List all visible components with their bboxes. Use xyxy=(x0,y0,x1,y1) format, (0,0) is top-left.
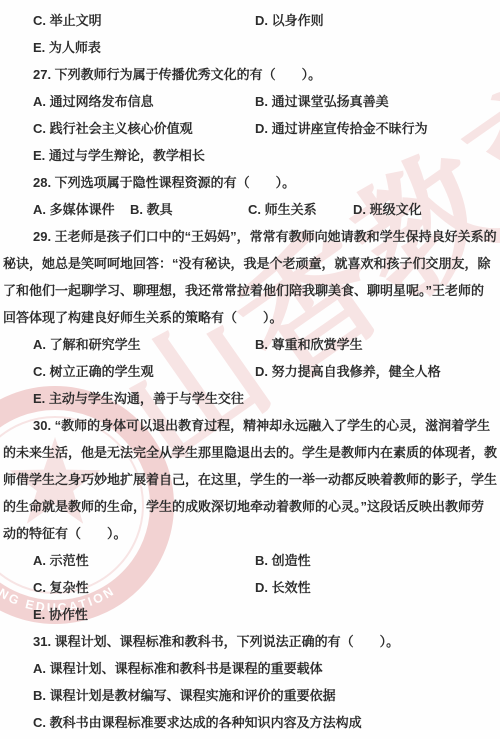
question-30-line-5: 动的特征有（ ）。 xyxy=(3,526,127,541)
question-30-text-line: 30. “教师的身体可以退出教育过程，精神却永远融入了学生的心灵，滋润着学生 xyxy=(0,412,500,439)
option-27-d: D. 通过讲座宣传拾金不昧行为 xyxy=(255,115,428,142)
question-30-text-line: 师借学生之身巧妙地扩展着自己，在这里，学生的一举一动都反映着教师的影子，学生 xyxy=(0,466,500,493)
question-29-text-line: 了和他们一起聊学习、聊理想，我还常常拉着他们陪我聊美食、聊明星呢。”王老师的 xyxy=(0,277,500,304)
option-30-e: E. 协作性 xyxy=(33,607,88,622)
question-30-text-line: 的未来生活，他是无法完全从学生那里隐退出去的。学生是教师内在素质的体现者，教 xyxy=(0,439,500,466)
question-29-line-3: 了和他们一起聊学习、聊理想，我还常常拉着他们陪我聊美食、聊明星呢。”王老师的 xyxy=(3,283,484,298)
option-26-d: D. 以身作则 xyxy=(255,7,324,34)
question-30-text-line: 动的特征有（ ）。 xyxy=(0,520,500,547)
option-row: C. 践行社会主义核心价值观 D. 通过讲座宣传拾金不昧行为 xyxy=(0,115,500,142)
option-row: C. 举止文明 D. 以身作则 xyxy=(0,7,500,34)
question-31-stem-row: 31. 课程计划、课程标准和教科书，下列说法正确的有（ ）。 xyxy=(0,628,500,655)
question-29-line-4: 回答体现了构建良好师生关系的策略有（ ）。 xyxy=(3,310,283,325)
option-30-a: A. 示范性 xyxy=(33,553,89,568)
option-29-a: A. 了解和研究学生 xyxy=(33,337,141,352)
option-27-e: E. 通过与学生辩论，教学相长 xyxy=(33,148,205,163)
option-30-b: B. 创造性 xyxy=(255,547,311,574)
exam-page: 山香教育 SHANXIANG EDUCATION C. 举止文明 D. 以身作则… xyxy=(0,0,500,739)
option-31-a: A. 课程计划、课程标准和教科书是课程的重要载体 xyxy=(33,661,323,676)
option-26-c: C. 举止文明 xyxy=(33,13,102,28)
question-28-stem: 28. 下列选项属于隐性课程资源的有（ ）。 xyxy=(33,175,295,190)
option-row: A. 示范性 B. 创造性 xyxy=(0,547,500,574)
question-29-text-line: 秘诀，她总是笑呵呵地回答：“没有秘诀，我是个老顽童，就喜欢和孩子们交朋友，除 xyxy=(0,250,500,277)
option-31-c: C. 教科书由课程标准要求达成的各种知识内容及方法构成 xyxy=(33,715,362,730)
question-28-stem-row: 28. 下列选项属于隐性课程资源的有（ ）。 xyxy=(0,169,500,196)
option-27-c: C. 践行社会主义核心价值观 xyxy=(33,121,193,136)
question-list: C. 举止文明 D. 以身作则 E. 为人师表 27. 下列教师行为属于传播优秀… xyxy=(0,0,500,736)
option-row: A. 通过网络发布信息 B. 通过课堂弘扬真善美 xyxy=(0,88,500,115)
question-29-line-2: 秘诀，她总是笑呵呵地回答：“没有秘诀，我是个老顽童，就喜欢和孩子们交朋友，除 xyxy=(3,256,491,271)
option-28-b: B. 教具 xyxy=(130,196,173,223)
option-row: E. 主动与学生沟通，善于与学生交往 xyxy=(0,385,500,412)
question-31-stem: 31. 课程计划、课程标准和教科书，下列说法正确的有（ ）。 xyxy=(33,634,399,649)
option-30-d: D. 长效性 xyxy=(255,574,311,601)
question-30-line-4: 的生命就是教师的生命，学生的成败深切地牵动着教师的心灵。”这段话反映出教师劳 xyxy=(3,499,484,514)
option-row: E. 协作性 xyxy=(0,601,500,628)
question-30-line-2: 的未来生活，他是无法完全从学生那里隐退出去的。学生是教师内在素质的体现者，教 xyxy=(3,445,497,460)
question-27-stem-row: 27. 下列教师行为属于传播优秀文化的有（ ）。 xyxy=(0,61,500,88)
option-row: C. 教科书由课程标准要求达成的各种知识内容及方法构成 xyxy=(0,709,500,736)
option-29-e: E. 主动与学生沟通，善于与学生交往 xyxy=(33,391,244,406)
option-row: C. 复杂性 D. 长效性 xyxy=(0,574,500,601)
option-row: A. 课程计划、课程标准和教科书是课程的重要载体 xyxy=(0,655,500,682)
option-row: E. 为人师表 xyxy=(0,34,500,61)
option-26-e: E. 为人师表 xyxy=(33,40,101,55)
option-row: C. 树立正确的学生观 D. 努力提高自我修养，健全人格 xyxy=(0,358,500,385)
option-31-b: B. 课程计划是教材编写、课程实施和评价的重要依据 xyxy=(33,688,336,703)
option-28-c: C. 师生关系 xyxy=(248,196,317,223)
option-29-d: D. 努力提高自我修养，健全人格 xyxy=(255,358,441,385)
option-29-c: C. 树立正确的学生观 xyxy=(33,364,154,379)
option-row: A. 多媒体课件 B. 教具 C. 师生关系 D. 班级文化 xyxy=(0,196,500,223)
option-row: B. 课程计划是教材编写、课程实施和评价的重要依据 xyxy=(0,682,500,709)
question-30-line-3: 师借学生之身巧妙地扩展着自己，在这里，学生的一举一动都反映着教师的影子，学生 xyxy=(3,472,497,487)
question-29-text-line: 回答体现了构建良好师生关系的策略有（ ）。 xyxy=(0,304,500,331)
option-28-a: A. 多媒体课件 xyxy=(33,202,115,217)
option-27-a: A. 通过网络发布信息 xyxy=(33,94,154,109)
option-row: A. 了解和研究学生 B. 尊重和欣赏学生 xyxy=(0,331,500,358)
question-27-stem: 27. 下列教师行为属于传播优秀文化的有（ ）。 xyxy=(33,67,321,82)
option-30-c: C. 复杂性 xyxy=(33,580,89,595)
option-27-b: B. 通过课堂弘扬真善美 xyxy=(255,88,389,115)
question-30-line-1: 30. “教师的身体可以退出教育过程，精神却永远融入了学生的心灵，滋润着学生 xyxy=(33,418,490,433)
question-29-line-1: 29. 王老师是孩子们口中的“王妈妈”，常常有教师向她请教和学生保持良好关系的 xyxy=(33,229,497,244)
option-28-d: D. 班级文化 xyxy=(353,196,422,223)
option-29-b: B. 尊重和欣赏学生 xyxy=(255,331,363,358)
question-29-text-line: 29. 王老师是孩子们口中的“王妈妈”，常常有教师向她请教和学生保持良好关系的 xyxy=(0,223,500,250)
option-row: E. 通过与学生辩论，教学相长 xyxy=(0,142,500,169)
question-30-text-line: 的生命就是教师的生命，学生的成败深切地牵动着教师的心灵。”这段话反映出教师劳 xyxy=(0,493,500,520)
